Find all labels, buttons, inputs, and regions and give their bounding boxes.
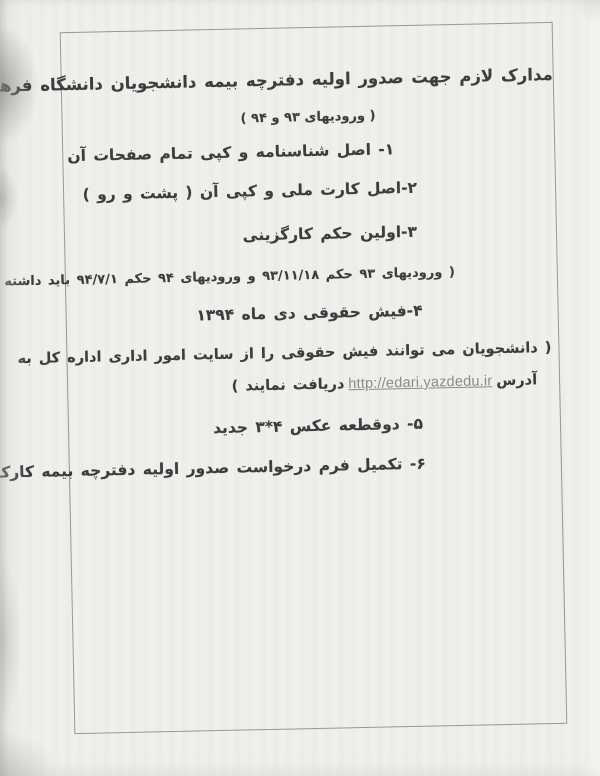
item-4-note-line-1: ( دانشجویان می توانند فیش حقوقی را از سا… <box>17 339 551 368</box>
list-item-5: ۵- دوقطعه عکس ۴*۳ جدید <box>213 415 423 439</box>
list-item-1: ۱- اصل شناسنامه و کپی تمام صفحات آن <box>67 140 394 166</box>
item-3-note: ( ورودیهای ۹۳ حکم ۹۳/۱۱/۱۸ و ورودیهای ۹۴… <box>0 265 455 292</box>
document-title: مدارک لازم جهت صدور اولیه دفترچه بیمه دا… <box>62 65 553 96</box>
document-border-frame: مدارک لازم جهت صدور اولیه دفترچه بیمه دا… <box>60 22 568 734</box>
entry-years-subtitle: ( ورودیهای ۹۳ و ۹۴ ) <box>62 105 553 132</box>
scanned-page: { "colors": { "paper": "#f0efec", "ink":… <box>0 0 600 776</box>
list-item-4: ۴-فیش حقوقی دی ماه ۱۳۹۴ <box>196 302 423 326</box>
item-4-note-line-2: آدرسhttp://edari.yazdedu.irدریافت نمایند… <box>232 371 538 396</box>
edari-url-text: http://edari.yazdedu.ir <box>344 373 496 392</box>
address-label: آدرس <box>496 372 537 389</box>
list-item-3: ۳-اولین حکم کارگزینی <box>242 223 417 246</box>
list-item-6: ۶- تکمیل فرم درخواست صدور اولیه دفترچه ب… <box>0 455 426 485</box>
list-item-2: ۲-اصل کارت ملی و کپی آن ( پشت و رو ) <box>82 179 417 205</box>
receive-label: دریافت نمایند ) <box>232 376 345 394</box>
